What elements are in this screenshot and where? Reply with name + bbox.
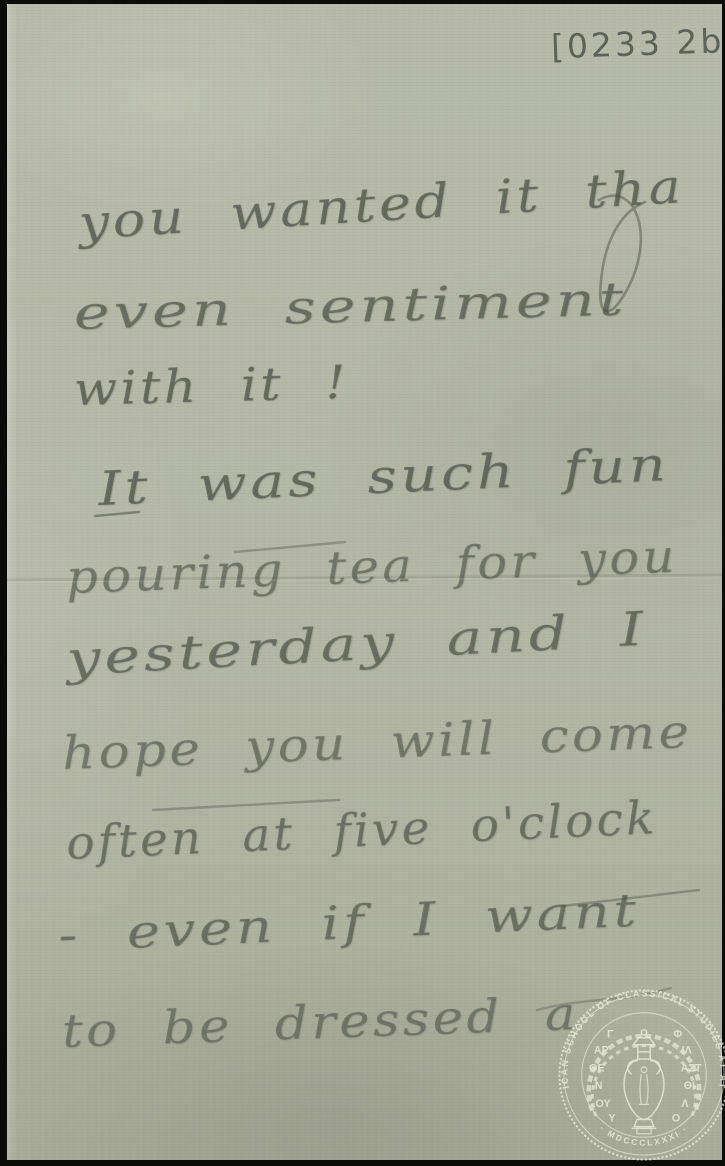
svg-text:Ο: Ο [672, 1112, 680, 1124]
svg-text:ΑΡ: ΑΡ [594, 1045, 609, 1057]
letter-paper: [0233 2b] you wanted it tha even sentime… [7, 4, 722, 1160]
svg-text:ΘΕ: ΘΕ [589, 1062, 604, 1074]
svg-text:ΑΣΤ: ΑΣΤ [681, 1062, 702, 1074]
scanned-letter-page: { "document": { "reference_label": "[023… [0, 0, 725, 1166]
paper-left-edge [7, 4, 17, 1160]
seal-ring-text: AMERICAN SCHOOL OF CLASSICAL STUDIES AT … [555, 986, 725, 1091]
svg-text:Υ: Υ [608, 1112, 615, 1124]
seal-greek-letters: Γ ΑΡ ΘΕ Ν ΟΥ Υ Φ ΙΛ ΑΣΤ ΘΙ Λ Ο [589, 1029, 702, 1125]
handwriting-line-1: you wanted it tha [77, 159, 686, 251]
handwriting-line-9: - even if I want [57, 883, 641, 962]
svg-text:ΘΙ: ΘΙ [684, 1080, 695, 1092]
svg-text:ΟΥ: ΟΥ [595, 1098, 610, 1110]
svg-text:ΙΛ: ΙΛ [682, 1045, 693, 1057]
seal-inner-ring [582, 1013, 707, 1138]
svg-text:Ν: Ν [595, 1080, 603, 1092]
embossed-seal: AMERICAN SCHOOL OF CLASSICAL STUDIES AT … [555, 986, 725, 1164]
handwriting-line-6: yesterday and I [65, 602, 648, 687]
svg-text:Λ: Λ [681, 1098, 689, 1110]
svg-text:Φ: Φ [673, 1029, 682, 1041]
seal-amphora [624, 1030, 664, 1129]
reference-label: [0233 2b] [550, 21, 725, 67]
handwriting-line-8: often at five o'clock [65, 790, 658, 870]
handwriting-line-4: It was such fun [97, 437, 671, 517]
handwriting-line-2: even sentiment [73, 272, 628, 340]
handwriting-line-5: pouring tea for you [65, 529, 678, 604]
svg-text:Γ: Γ [607, 1029, 614, 1041]
handwriting-line-7: hope you will come [61, 704, 693, 780]
handwriting-line-3: with it ! [73, 355, 349, 416]
handwriting-line-10: to be dressed a [61, 986, 580, 1058]
